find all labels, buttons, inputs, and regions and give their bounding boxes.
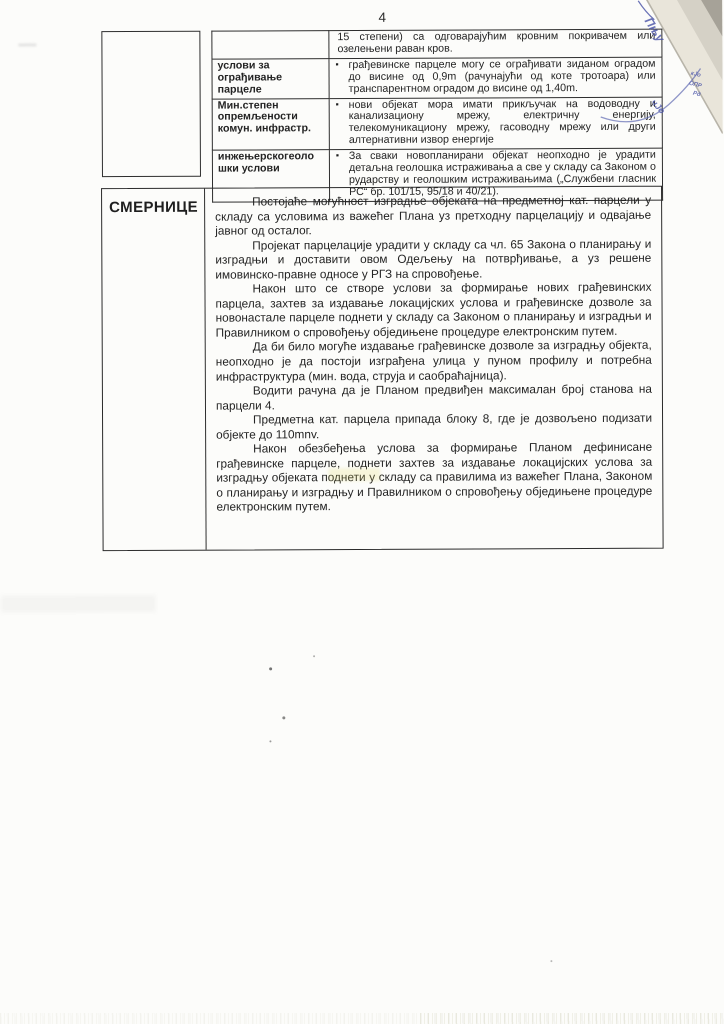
ink-arc-stroke	[601, 69, 701, 122]
scan-smudge	[1, 595, 156, 613]
guidelines-content-cell: Постојаће могућност изградње објеката на…	[205, 187, 663, 550]
guidelines-label-cell: СМЕРНИЦЕ	[102, 189, 207, 550]
row-label: услови за ограђивање парцеле	[212, 58, 329, 98]
bullet-icon: ▪	[335, 59, 338, 71]
row-label	[212, 31, 329, 59]
scan-content: 4 15 степени) са одговарајућим кровним п…	[0, 0, 724, 1024]
table-empty-left-cell	[101, 31, 201, 177]
guidelines-paragraph: Након што се створе услови за формирање …	[215, 280, 651, 340]
faint-highlight	[328, 468, 380, 481]
scanned-document-page: 4 15 степени) са одговарајућим кровним п…	[0, 0, 724, 1024]
folded-corner: Пњу чЈо кЈо ОПР Рд	[588, 0, 723, 159]
bullet-icon: ▪	[336, 150, 339, 162]
guidelines-title: СМЕРНИЦЕ	[109, 199, 200, 216]
ink-scribble: Рд	[692, 91, 701, 99]
scan-speck	[269, 667, 272, 670]
scan-speck	[313, 655, 315, 657]
scan-smudge	[18, 43, 36, 46]
scan-speck	[269, 740, 271, 742]
scan-speck	[550, 960, 552, 962]
guidelines-paragraph: Након обезбеђења услова за формирање Пла…	[216, 440, 652, 515]
ink-scribble: чЈо	[649, 97, 667, 116]
bullet-icon: ▪	[336, 99, 339, 111]
guidelines-paragraph: Пројекат парцелације урадити у складу са…	[215, 236, 651, 282]
guidelines-section: СМЕРНИЦЕ Постојаће могућност изградње об…	[101, 186, 664, 551]
row-label: Мин.степен опремљености комун. инфрастр.	[212, 98, 329, 150]
page-number: 4	[364, 10, 400, 25]
guidelines-paragraph: Да би било могуће издавање грађевинске д…	[216, 338, 652, 384]
scanner-edge-noise-fade	[0, 1013, 420, 1024]
guidelines-paragraph: Постојаће могућност изградње објеката на…	[215, 193, 651, 239]
guidelines-paragraph: Водити рачуна да је Планом предвиђен мак…	[216, 382, 652, 413]
scan-speck	[282, 716, 285, 719]
guidelines-paragraph: Предметна кат. парцела припада блоку 8, …	[216, 411, 652, 442]
